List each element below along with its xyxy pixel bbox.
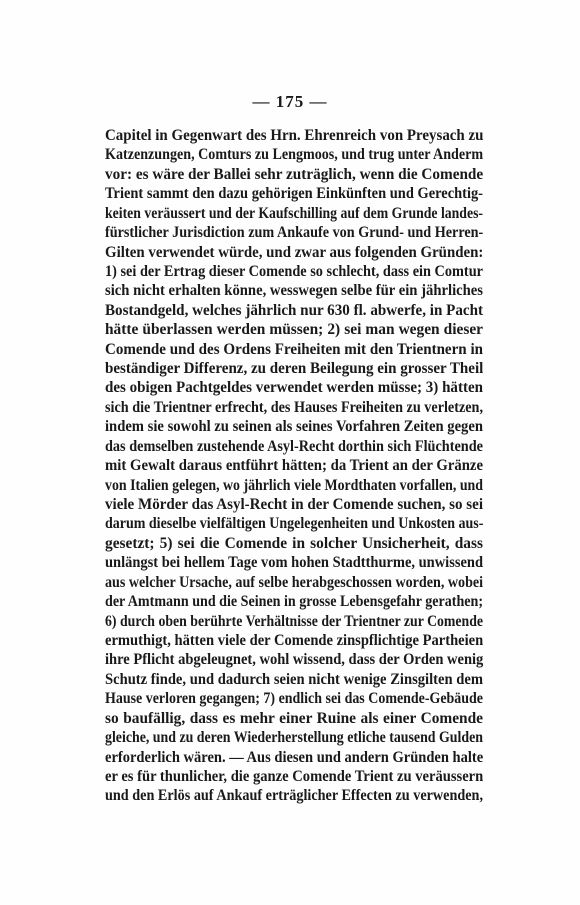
body-text: Capitel in Gegenwart des Hrn. Ehrenreich… [105, 126, 483, 806]
text-line: Comende und des Ordens Freiheiten mit de… [105, 340, 483, 359]
text-line: ermuthigt, hätten viele der Comende zins… [105, 631, 483, 650]
text-line: Hause verloren gegangen; 7) endlich sei … [105, 689, 483, 708]
text-line: Bostandgeld, welches jährlich nur 630 fl… [105, 301, 483, 320]
book-page: — 175 — Capitel in Gegenwart des Hrn. Eh… [0, 0, 580, 905]
text-line: das demselben zustehende Asyl-Recht dort… [105, 437, 483, 456]
text-line: beständiger Differenz, zu deren Beilegun… [105, 359, 483, 378]
text-line: 6) durch oben berührte Verhältnisse der … [105, 612, 483, 631]
text-line: und den Erlös auf Ankauf erträglicher Ef… [105, 786, 483, 805]
text-line: sich die Trientner erfrecht, des Hauses … [105, 398, 483, 417]
text-line: mit Gewalt daraus entführt hätten; da Tr… [105, 456, 483, 475]
text-line: Capitel in Gegenwart des Hrn. Ehrenreich… [105, 126, 483, 145]
text-line: darum dieselbe vielfältigen Ungelegenhei… [105, 514, 483, 533]
text-line: Trient sammt den dazu gehörigen Einkünft… [105, 184, 483, 203]
text-line: indem sie sowohl zu seinen als seines Vo… [105, 417, 483, 436]
text-line: Gilten verwendet würde, und zwar aus fol… [105, 243, 483, 262]
text-line: Schutz finde, und dadurch seien nicht we… [105, 670, 483, 689]
text-line: von Italien gelegen, wo jährlich viele M… [105, 476, 483, 495]
text-line: hätte überlassen werden müssen; 2) sei m… [105, 320, 483, 339]
page-number: — 175 — [0, 92, 580, 112]
text-line: keiten veräussert und der Kaufschilling … [105, 204, 483, 223]
text-line: sich nicht erhalten könne, wesswegen sel… [105, 281, 483, 300]
text-line: gleiche, und zu deren Wiederherstellung … [105, 728, 483, 747]
text-line: viele Mörder das Asyl-Recht in der Comen… [105, 495, 483, 514]
text-line: 1) sei der Ertrag dieser Comende so schl… [105, 262, 483, 281]
text-line: fürstlicher Jurisdiction zum Ankaufe von… [105, 223, 483, 242]
text-line: vor: es wäre der Ballei sehr zuträglich,… [105, 165, 483, 184]
text-line: unlängst bei hellem Tage vom hohen Stadt… [105, 553, 483, 572]
text-line: Katzenzungen, Comturs zu Lengmoos, und t… [105, 145, 483, 164]
text-line: er es für thunlicher, die ganze Comende … [105, 767, 483, 786]
text-line: so baufällig, dass es mehr einer Ruine a… [105, 709, 483, 728]
text-line: ihre Pflicht abgeleugnet, wohl wissend, … [105, 650, 483, 669]
text-line: der Amtmann und die Seinen in grosse Leb… [105, 592, 483, 611]
text-line: erforderlich wären. — Aus diesen und and… [105, 748, 483, 767]
text-line: des obigen Pachtgeldes verwendet werden … [105, 378, 483, 397]
text-line: aus welcher Ursache, auf selbe herabgesc… [105, 573, 483, 592]
text-line: gesetzt; 5) sei die Comende in solcher U… [105, 534, 483, 553]
